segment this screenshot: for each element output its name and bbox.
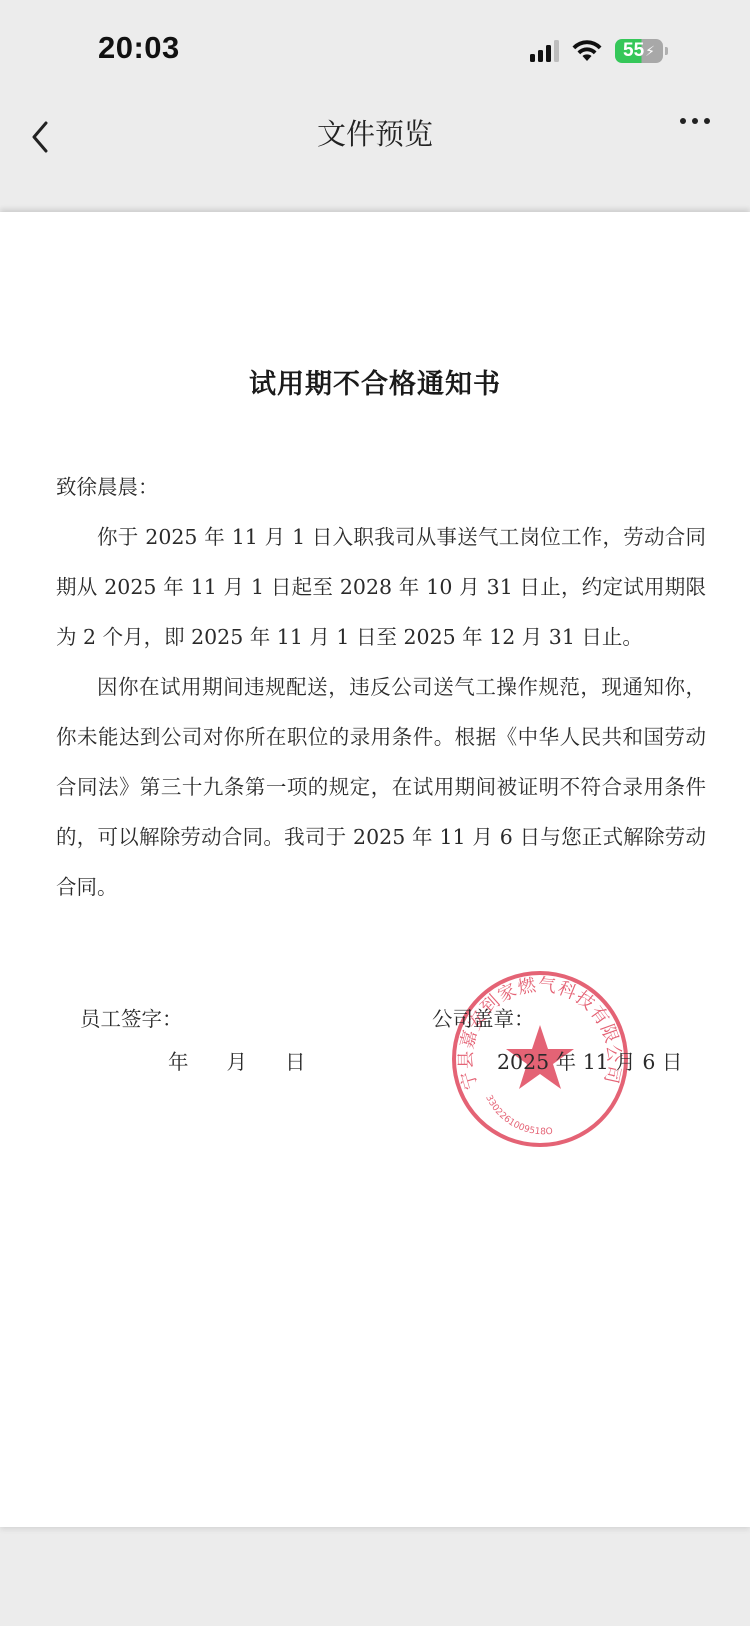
charging-bolt-icon: ⚡ <box>645 43 655 60</box>
paragraph-employment: 你于 2025 年 11 月 1 日入职我司从事送气工岗位工作，劳动合同期从 2… <box>56 512 706 662</box>
salutation: 致徐晨晨： <box>56 462 706 512</box>
status-icons: 55⚡ <box>530 38 663 64</box>
document-preview[interactable]: 试用期不合格通知书 致徐晨晨： 你于 2025 年 11 月 1 日入职我司从事… <box>0 212 750 1527</box>
employee-date: 年 月 日 <box>168 1045 306 1075</box>
status-bar: 20:03 55⚡ <box>0 0 750 100</box>
employee-date-year: 年 <box>168 1045 189 1075</box>
page-title: 文件预览 <box>0 112 750 153</box>
company-date: 2025 年 11 月 6 日 <box>497 1045 682 1075</box>
cellular-signal-icon <box>530 40 559 62</box>
company-seal-label: 公司盖章： <box>432 1002 535 1032</box>
paragraph-termination: 因你在试用期间违规配送，违反公司送气工操作规范，现通知你，你未能达到公司对你所在… <box>56 662 706 912</box>
employee-date-day: 日 <box>285 1045 306 1075</box>
status-time: 20:03 <box>98 30 180 66</box>
wifi-icon <box>571 39 603 63</box>
more-dot <box>692 118 698 124</box>
more-options-button[interactable] <box>680 118 710 124</box>
employee-date-month: 月 <box>227 1045 248 1075</box>
battery-charging-icon: 55⚡ <box>615 39 663 63</box>
employee-signature-label: 员工签字： <box>80 1002 183 1032</box>
more-dot <box>704 118 710 124</box>
document-title: 试用期不合格通知书 <box>0 362 750 401</box>
battery-level: 55 <box>623 40 644 62</box>
document-body: 致徐晨晨： 你于 2025 年 11 月 1 日入职我司从事送气工岗位工作，劳动… <box>56 462 706 912</box>
more-horizontal-icon <box>680 118 686 124</box>
